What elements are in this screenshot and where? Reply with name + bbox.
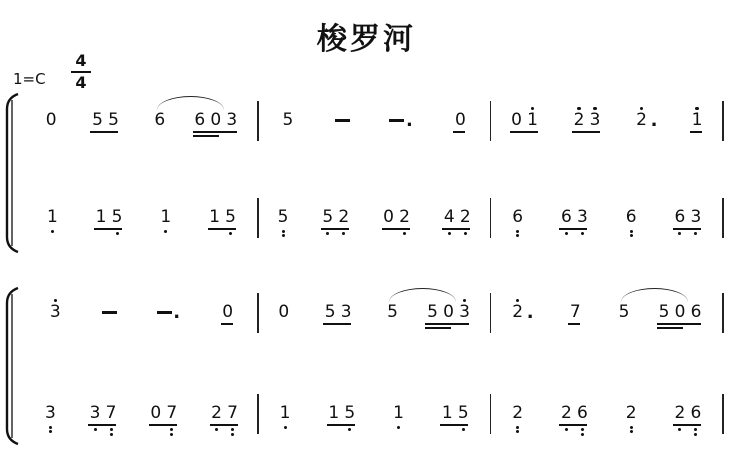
octave-dot	[630, 430, 633, 433]
digit-row: 52	[320, 200, 352, 227]
digit: 0	[278, 303, 289, 322]
beam-underline	[559, 424, 587, 426]
digit-cell: 2	[623, 396, 639, 423]
octave-dot	[516, 426, 519, 429]
augmentation-dot: .	[651, 111, 658, 130]
note-55: 55	[89, 103, 121, 145]
dots-below-row	[567, 326, 583, 337]
digit-cell: 5	[280, 103, 296, 130]
dots-below-cell	[672, 330, 688, 341]
dots-below-cell	[525, 134, 541, 145]
digit-cell: 2	[510, 396, 526, 423]
digit-cell: 3	[87, 396, 103, 423]
measure: 0556603	[26, 103, 257, 149]
dash-bar	[389, 119, 404, 122]
note-52: 52	[320, 200, 352, 242]
digit-cell: 3	[47, 295, 63, 322]
dots-below-cell	[571, 134, 587, 145]
digit: 3	[90, 404, 101, 423]
octave-dot	[51, 230, 54, 233]
octave-dot	[231, 428, 234, 431]
digit: 6	[674, 208, 685, 227]
digit-cell: 6	[688, 396, 704, 423]
dots-below-cell	[381, 231, 397, 242]
digit-row: 1	[689, 103, 705, 130]
dots-below-cell	[105, 134, 121, 145]
note-7: 7	[567, 295, 583, 337]
dots-below-cell	[103, 427, 119, 438]
digit: 1	[393, 404, 404, 423]
note-01: 01	[509, 103, 541, 145]
dots-below-row	[156, 323, 172, 334]
digit-row: 27	[209, 396, 241, 423]
digit: 5	[344, 404, 355, 423]
digit: 3	[459, 303, 470, 322]
octave-dot	[342, 232, 345, 235]
dots-below-row	[510, 424, 526, 435]
digit: 1	[160, 208, 171, 227]
dots-below-row	[672, 231, 704, 242]
note-26: 26	[558, 396, 590, 438]
octave-dot	[282, 234, 285, 237]
note-1: 1	[44, 200, 60, 239]
digit-cell: 2	[336, 200, 352, 227]
dots-below-cell	[334, 131, 350, 142]
digit-cell: 1	[689, 103, 705, 130]
dots-below-row	[47, 323, 63, 334]
digit-row: 26	[558, 396, 590, 423]
barline	[722, 101, 724, 141]
beam-underline	[690, 131, 702, 133]
note-26: 26	[672, 396, 704, 438]
digit: 6	[626, 208, 637, 227]
note-2: 2.	[634, 103, 659, 142]
octave-dot	[326, 232, 329, 235]
barline	[722, 293, 724, 333]
dots-below-cell	[455, 427, 471, 438]
digit: 0	[443, 303, 454, 322]
dots-below-cell	[152, 131, 168, 142]
octave-dot	[116, 232, 119, 235]
dash-bar	[102, 311, 117, 314]
octave-dot	[170, 428, 173, 431]
digit-row: 3	[47, 295, 63, 322]
octave-dot	[516, 234, 519, 237]
digit-cell: 1	[326, 396, 342, 423]
digit-cell: 6	[688, 295, 704, 322]
beam-underline	[88, 424, 116, 426]
augmentation-dot-cell: .	[526, 295, 535, 322]
digit: 0	[511, 111, 522, 130]
measure: 115115	[26, 200, 257, 242]
dots-below-cell	[207, 231, 223, 242]
digit-row: .	[156, 295, 181, 322]
beam-underline	[149, 424, 177, 426]
digit: 5	[659, 303, 670, 322]
digit-cell: 6	[558, 200, 574, 227]
digit: 2	[626, 404, 637, 423]
bass-line: 1151155520242663663	[26, 200, 724, 242]
digit: 0	[46, 111, 57, 130]
dots-below-cell	[280, 131, 296, 142]
digit-cell: 0	[43, 103, 59, 130]
dots-below-cell	[688, 231, 704, 242]
digit: 1	[96, 208, 107, 227]
note-6: 6	[623, 200, 639, 239]
digit-cell	[389, 103, 405, 130]
digit: 5	[225, 208, 236, 227]
dots-below-cell	[338, 326, 354, 337]
dots-below-cell	[634, 131, 650, 142]
dots-below-row	[93, 231, 125, 242]
digit-cell: 3	[688, 200, 704, 227]
octave-dot	[464, 232, 467, 235]
octave-dot	[581, 428, 584, 431]
note-0: 0	[220, 295, 236, 337]
digit-row: 1	[158, 200, 174, 227]
digit-row: 1	[277, 396, 293, 423]
digit-row: 0	[220, 295, 236, 322]
octave-dot	[694, 433, 697, 436]
note-5: 5	[275, 200, 291, 239]
dots-below-row	[87, 427, 119, 438]
digit-cell: 0	[381, 200, 397, 227]
dots-below-row	[689, 134, 705, 145]
digit: 7	[166, 404, 177, 423]
dots-below-row	[192, 138, 240, 149]
digit: 3	[690, 208, 701, 227]
digit-cell: 1	[93, 200, 109, 227]
dots-below-cell	[689, 134, 705, 145]
digit-row: 5	[275, 200, 291, 227]
note-53: 53	[322, 295, 354, 337]
digit: 5	[282, 111, 293, 130]
digit-cell: 5	[455, 396, 471, 423]
beam-underline	[221, 323, 233, 325]
dots-below-row	[158, 228, 174, 239]
note-27: 27	[209, 396, 241, 438]
sheet-music-page: 梭罗河 1=C 4 4 05566035.001232.111511555202…	[0, 0, 733, 459]
octave-dot	[110, 428, 113, 431]
digit-cell: 3	[338, 295, 354, 322]
dots-below-row	[616, 323, 632, 334]
dots-below-row	[43, 131, 59, 142]
note-3: 3	[47, 295, 63, 334]
dots-below-cell	[440, 330, 456, 341]
dots-below-cell	[342, 427, 358, 438]
note-0: 0	[43, 103, 59, 142]
measure: 3.0	[26, 295, 257, 337]
digit-cell: 5	[223, 200, 239, 227]
octave-dot	[110, 433, 113, 436]
melody-line: 3.005355032.75506	[26, 295, 724, 341]
digit: 0	[222, 303, 233, 322]
digit-cell: 7	[225, 396, 241, 423]
time-signature-numerator: 4	[70, 52, 92, 70]
digit: 1	[527, 111, 538, 130]
digit-cell: 1	[158, 200, 174, 227]
dash-note	[102, 295, 118, 334]
digit-row: 0	[452, 103, 468, 130]
dots-below-cell	[109, 231, 125, 242]
digit: 1	[328, 404, 339, 423]
digit-row: .	[389, 103, 414, 130]
digit-cell: 6	[623, 200, 639, 227]
note-0: 0	[276, 295, 292, 334]
digit-cell: 3	[456, 295, 472, 322]
dots-below-row	[44, 228, 60, 239]
digit-cell: 2	[571, 103, 587, 130]
dots-below-cell	[558, 231, 574, 242]
digit: 2	[338, 208, 349, 227]
digit-row: 2	[510, 396, 526, 423]
digit-cell: 1	[277, 396, 293, 423]
dots-below-row	[452, 134, 468, 145]
digit: 2	[399, 208, 410, 227]
dots-below-cell	[87, 427, 103, 438]
dots-below-row	[672, 427, 704, 438]
dots-below-cell	[384, 323, 400, 334]
octave-dot	[448, 232, 451, 235]
dots-below-row	[275, 228, 291, 239]
digit-row: 15	[207, 200, 239, 227]
digit-cell	[156, 295, 172, 322]
octave-dot	[678, 232, 681, 235]
digit: 5	[458, 404, 469, 423]
digit-cell: 2	[397, 200, 413, 227]
dots-below-cell	[164, 427, 180, 438]
digit: 1	[442, 404, 453, 423]
digit-cell: 2	[672, 396, 688, 423]
beam-underline	[382, 228, 410, 230]
digit: 2	[512, 404, 523, 423]
digit-cell: 5	[109, 200, 125, 227]
dash-note	[334, 103, 350, 142]
dots-below-row	[42, 424, 58, 435]
augmentation-dot-cell: .	[405, 103, 414, 130]
beam-underline	[425, 323, 469, 325]
dots-below-cell	[457, 231, 473, 242]
digit-cell: 0	[452, 103, 468, 130]
digit-cell: 2	[457, 200, 473, 227]
dots-below-cell	[220, 326, 236, 337]
octave-dot	[630, 426, 633, 429]
digit: 0	[675, 303, 686, 322]
digit: 2	[460, 208, 471, 227]
dots-below-row	[509, 134, 541, 145]
octave-dot	[516, 430, 519, 433]
dots-below-row	[634, 131, 650, 142]
dash-glyph	[157, 303, 172, 322]
octave-dot	[462, 428, 465, 431]
digit-row: 0	[43, 103, 59, 130]
digit: 6	[577, 404, 588, 423]
digit-row: 63	[672, 200, 704, 227]
digit-row: 1	[391, 396, 407, 423]
dots-below-row	[322, 326, 354, 337]
digit: 7	[227, 404, 238, 423]
dots-below-cell	[397, 231, 413, 242]
dots-below-cell	[275, 228, 291, 239]
digit-row: 0	[276, 295, 292, 322]
note-02: 02	[381, 200, 413, 242]
digit: 6	[194, 111, 205, 130]
octave-dot	[49, 426, 52, 429]
note-1: 1	[277, 396, 293, 435]
digit: 5	[278, 208, 289, 227]
digit: 0	[455, 111, 466, 130]
dots-below-cell	[89, 134, 105, 145]
slur-group: 5506	[616, 295, 704, 341]
note-0: 0	[452, 103, 468, 145]
measure: 2.75506	[491, 295, 722, 341]
octave-dot	[282, 230, 285, 233]
octave-dot	[694, 428, 697, 431]
dots-below-cell	[223, 231, 239, 242]
measure: 01232.1	[491, 103, 722, 145]
digit-cell: 2	[634, 103, 650, 130]
system-bracket	[2, 286, 22, 450]
dots-below-cell	[509, 134, 525, 145]
note-1: 1	[689, 103, 705, 145]
dash-bar	[157, 311, 172, 314]
dots-below-cell	[574, 231, 590, 242]
digit-cell: 3	[42, 396, 58, 423]
dots-below-cell	[510, 424, 526, 435]
digit: 2	[574, 111, 585, 130]
digit: 3	[226, 111, 237, 130]
note-1: 1	[391, 396, 407, 435]
digit-cell: 2	[510, 295, 526, 322]
dots-below-cell	[156, 323, 172, 334]
key-signature: 1=C	[13, 70, 46, 88]
dots-below-cell	[623, 424, 639, 435]
digit: 1	[692, 111, 703, 130]
bass-line: 3370727115115226226	[26, 396, 724, 438]
octave-dot	[170, 433, 173, 436]
dots-below-row	[389, 131, 405, 142]
note-37: 37	[87, 396, 119, 438]
digit: 3	[577, 208, 588, 227]
octave-dot	[231, 433, 234, 436]
dots-below-row	[510, 323, 526, 334]
digit-row: 37	[87, 396, 119, 423]
digit-cell: 1	[439, 396, 455, 423]
slur-group: 5503	[384, 295, 472, 341]
dots-below-row	[280, 131, 296, 142]
dots-below-cell	[102, 323, 118, 334]
digit-row: 63	[558, 200, 590, 227]
digit-row: 7	[567, 295, 583, 322]
dots-below-cell	[391, 424, 407, 435]
digit: 2	[674, 404, 685, 423]
dots-below-row	[209, 427, 241, 438]
beam-underline	[94, 228, 122, 230]
digit-cell: 3	[587, 103, 603, 130]
digit: 4	[444, 208, 455, 227]
augmentation-dot-cell: .	[172, 295, 181, 322]
note-15: 15	[93, 200, 125, 242]
dots-below-row	[277, 424, 293, 435]
octave-dot	[284, 426, 287, 429]
digit: 5	[108, 111, 119, 130]
slur-arc	[389, 288, 456, 302]
note-15: 15	[207, 200, 239, 242]
dots-below-cell	[322, 326, 338, 337]
digit-row: 02	[381, 200, 413, 227]
beam-underline	[510, 131, 538, 133]
note-15: 15	[439, 396, 471, 438]
dash-note: .	[156, 295, 181, 334]
dots-below-cell	[688, 330, 704, 341]
dots-below-cell	[192, 138, 208, 149]
digit-row: 2	[623, 396, 639, 423]
dots-below-row	[381, 231, 413, 242]
digit-row: 5	[280, 103, 296, 130]
octave-dot	[348, 428, 351, 431]
dots-below-row	[334, 131, 350, 142]
note-2: 2.	[510, 295, 535, 334]
slur-arc	[621, 288, 688, 302]
dots-below-cell	[44, 228, 60, 239]
digit: 5	[427, 303, 438, 322]
barline	[722, 198, 724, 238]
dots-below-cell	[320, 231, 336, 242]
song-title: 梭罗河	[0, 14, 733, 58]
octave-dot	[565, 428, 568, 431]
octave-dot	[403, 232, 406, 235]
digit-row: 15	[326, 396, 358, 423]
digit-row: 42	[441, 200, 473, 227]
dots-below-row	[220, 326, 236, 337]
dots-below-cell	[225, 427, 241, 438]
dots-below-row	[102, 323, 118, 334]
digit-row: 07	[148, 396, 180, 423]
octave-dot	[215, 428, 218, 431]
dots-below-cell	[656, 330, 672, 341]
digit-cell: 3	[574, 200, 590, 227]
octave-dot	[94, 428, 97, 431]
note-42: 42	[441, 200, 473, 242]
beam-underline	[673, 228, 701, 230]
dots-below-cell	[93, 231, 109, 242]
dots-below-row	[558, 427, 590, 438]
dash-glyph	[102, 303, 117, 322]
dots-below-cell	[616, 323, 632, 334]
note-1: 1	[158, 200, 174, 239]
digit: 1	[209, 208, 220, 227]
augmentation-dot: .	[527, 303, 534, 322]
dots-below-cell	[42, 424, 58, 435]
digit-row: 23	[571, 103, 603, 130]
octave-dot	[678, 428, 681, 431]
digit: 2	[561, 404, 572, 423]
octave-dot	[565, 232, 568, 235]
digit: 3	[341, 303, 352, 322]
dots-below-cell	[209, 427, 225, 438]
dots-below-row	[89, 134, 121, 145]
melody-line: 05566035.001232.1	[26, 103, 724, 149]
dash-note: .	[389, 103, 414, 142]
beam-underline	[673, 424, 701, 426]
digit: 3	[590, 111, 601, 130]
dots-below-row	[571, 134, 603, 145]
digit-cell: 1	[44, 200, 60, 227]
dots-below-cell	[276, 323, 292, 334]
dots-below-cell	[452, 134, 468, 145]
digit: 2	[512, 303, 523, 322]
digit-row: 26	[672, 396, 704, 423]
